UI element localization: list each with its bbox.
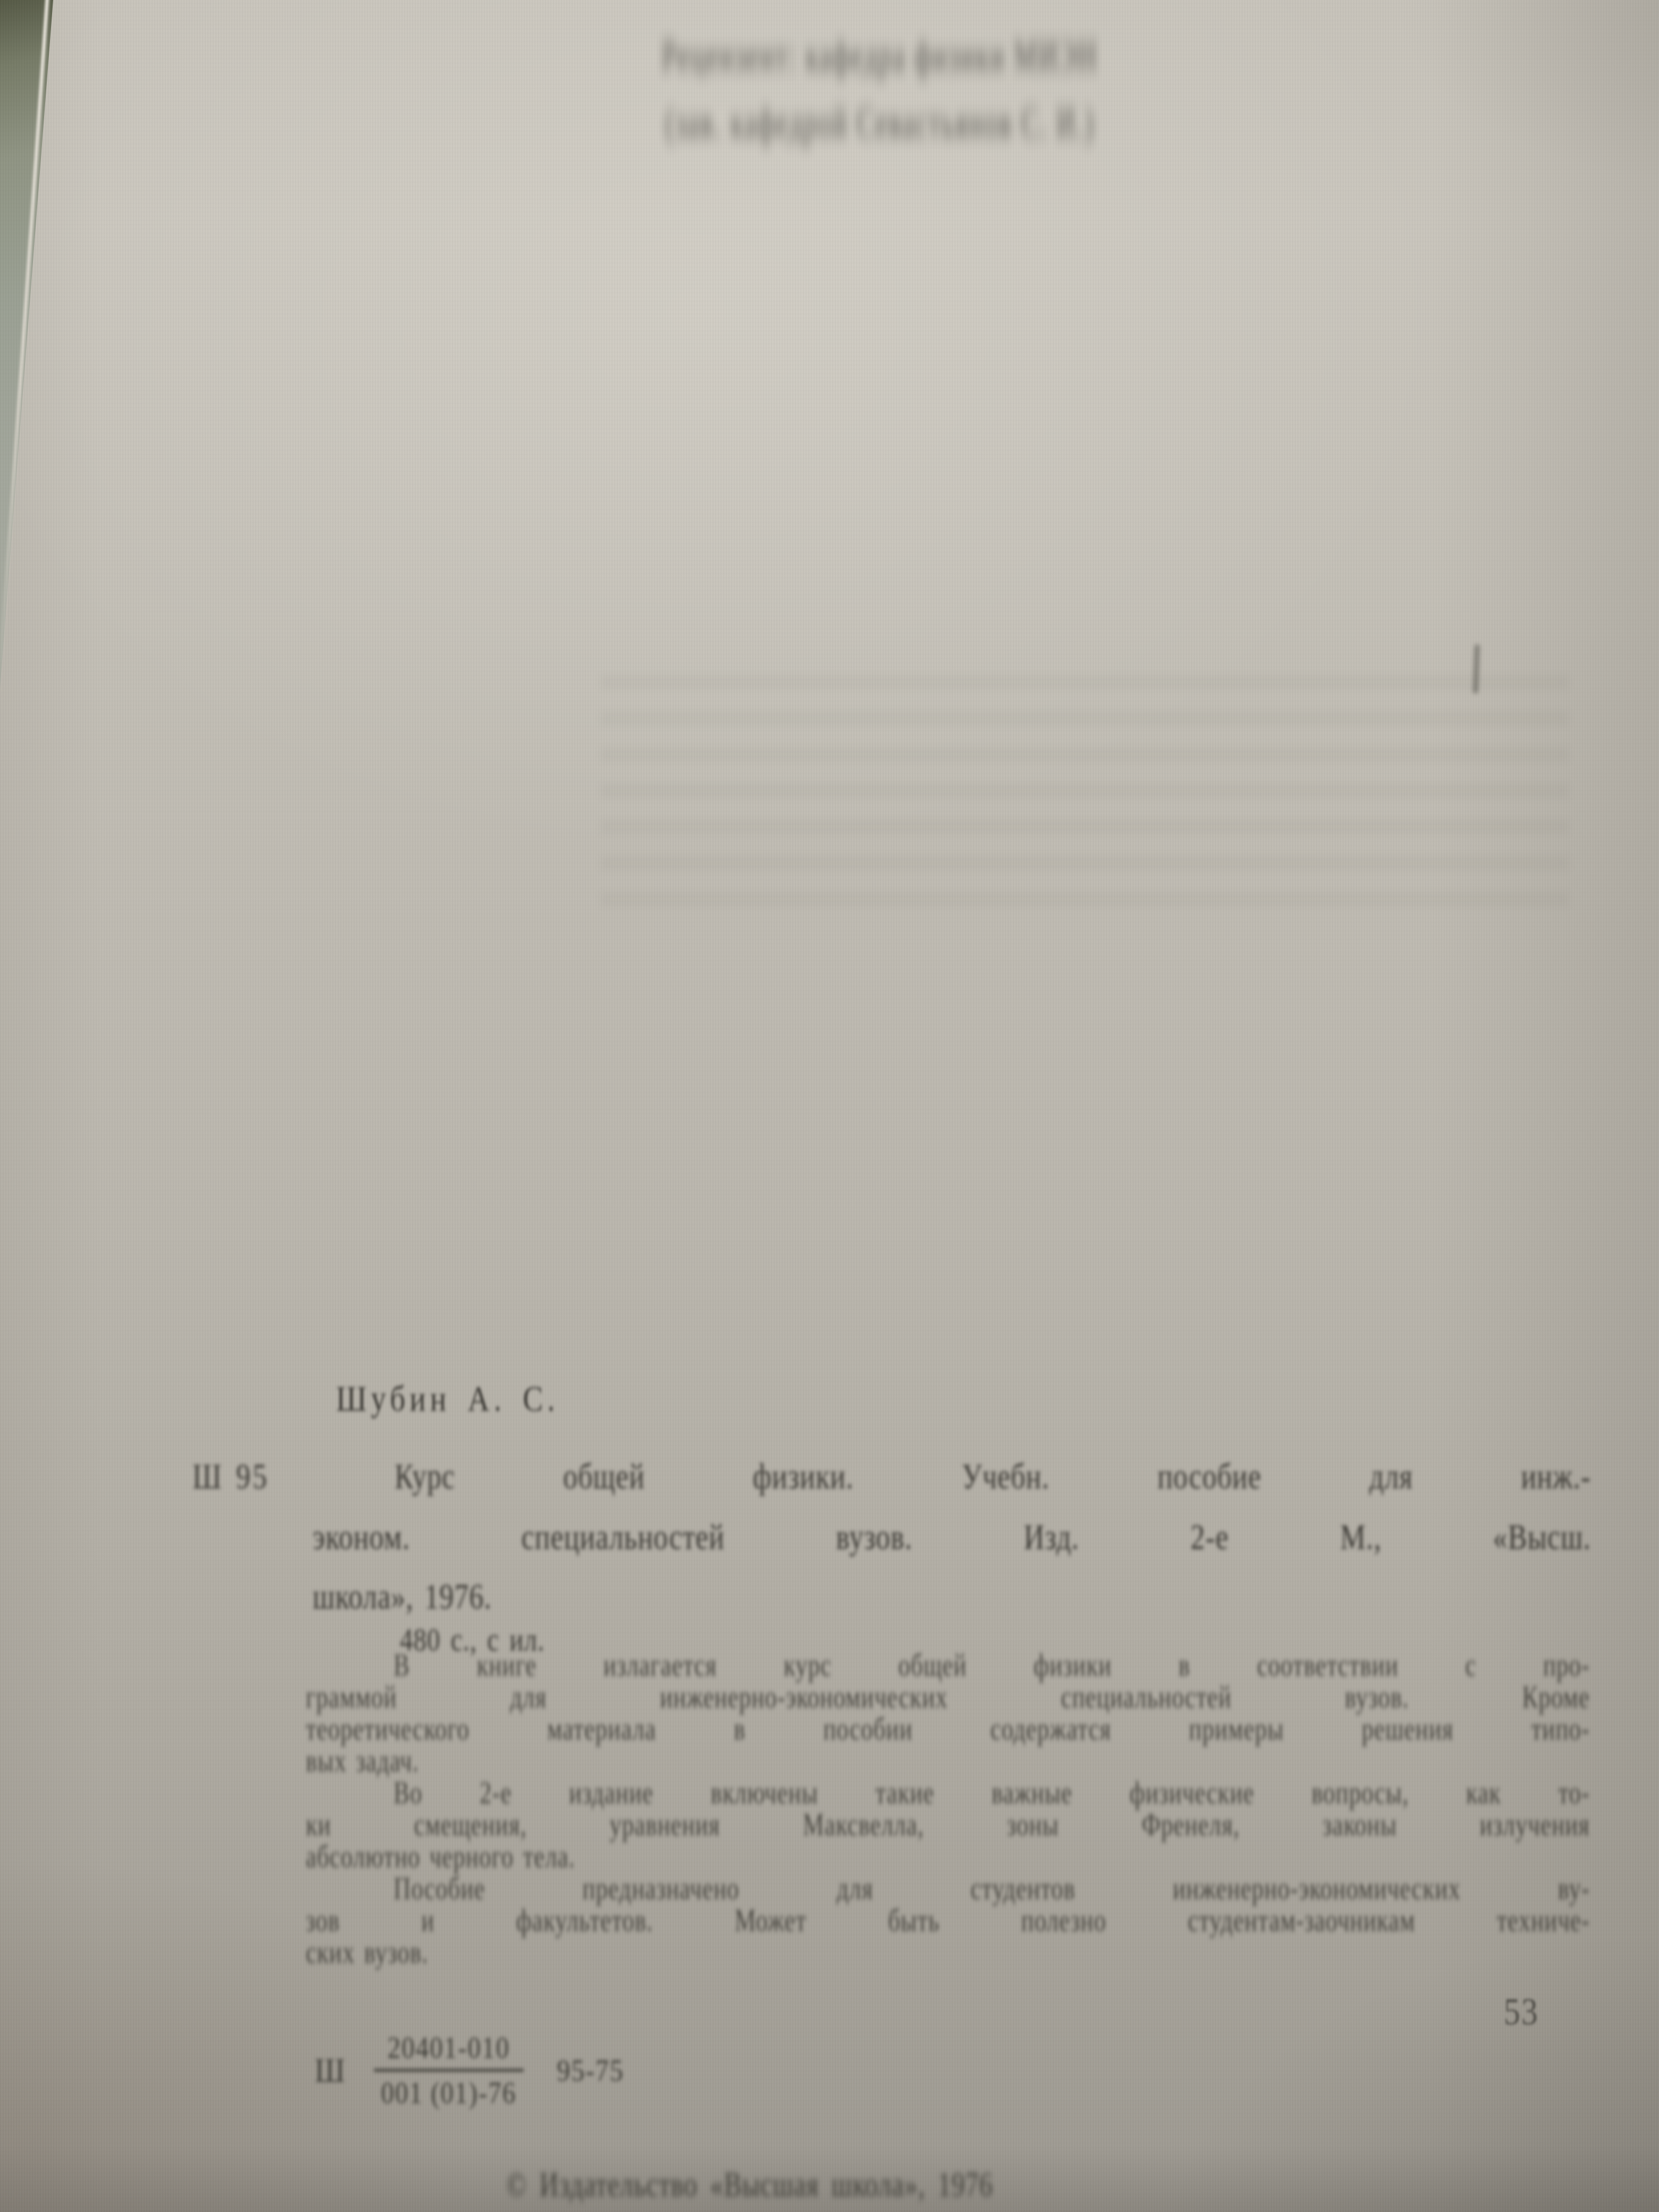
catalog-index-numerator: 20401-010 (380, 2030, 517, 2065)
background-surface (0, 0, 106, 702)
catalog-index-letter: Ш (315, 2051, 346, 2090)
catalog-index-denominator: 001 (01)-76 (374, 2075, 524, 2110)
author-name: Шубин А. С. (336, 1378, 559, 1420)
title-line-2: эконом. специальностей вузов. Изд. 2-е М… (313, 1516, 1591, 1558)
reviewer-note: Рецензент: кафедра физики МИЭН (зав. каф… (537, 22, 1223, 156)
reviewer-line-2: (зав. кафедрой Севастьянов С. И.) (537, 89, 1223, 156)
pencil-page-number: 53 (1504, 1991, 1539, 2034)
catalog-index: Ш 20401-010 001 (01)-76 95-75 (315, 2030, 624, 2110)
catalog-letter-code: Ш 95 (192, 1456, 269, 1497)
title-line-1: Курс общей физики. Учебн. пособие для ин… (395, 1456, 1591, 1497)
fraction-bar (374, 2068, 524, 2072)
title-line-3: школа», 1976. (313, 1576, 492, 1618)
reviewer-line-1: Рецензент: кафедра физики МИЭН (537, 22, 1223, 89)
annotation-block: В книге излагается курс общей физики в с… (306, 1649, 1590, 1968)
book-imprint-page-photo: Рецензент: кафедра физики МИЭН (зав. каф… (0, 0, 1659, 2212)
annotation-line: ских вузов. (306, 1932, 1590, 1973)
catalog-index-suffix: 95-75 (557, 2052, 624, 2088)
catalog-index-fraction: 20401-010 001 (01)-76 (374, 2030, 524, 2110)
paper-speck (1473, 644, 1479, 693)
reverse-side-show-through (601, 675, 1569, 920)
copyright-line: © Издательство «Высшая школа», 1976 (506, 2164, 1224, 2204)
